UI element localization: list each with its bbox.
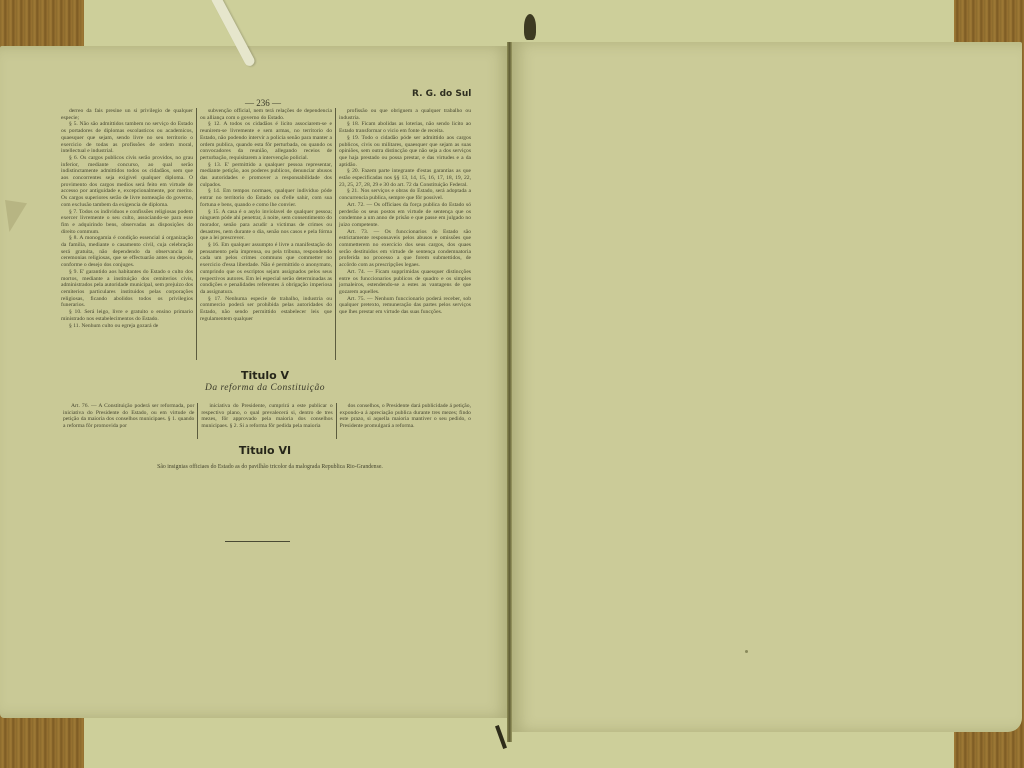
paragraph: Art. 76. — A Constituição poderá ser ref… [63, 403, 194, 430]
paragraph: subvenção official, nem terá relações de… [200, 108, 332, 121]
paragraph: § 7. Todos os individuos e confissões re… [61, 209, 193, 236]
end-rule [225, 541, 290, 542]
paragraph: Art. 72. — Os officiaes da força publica… [339, 202, 471, 229]
book-gutter [507, 42, 512, 742]
paragraph: § 18. Ficam abolidas as loterias, não se… [339, 121, 471, 134]
titulo-v-column-2: iniciativa do Presidente, cumprirá a est… [197, 403, 335, 439]
right-page-blank [510, 42, 1022, 732]
paragraph: § 12. A todos os cidadãos é licito assoc… [200, 121, 332, 161]
titulo-vi-text: São insignias officiaes do Estado as do … [120, 464, 420, 470]
paragraph: derreo da fais presine un si privilegio … [61, 108, 193, 121]
paper-speck [745, 650, 748, 653]
paragraph: dos conselhos, o Presidente dará publici… [340, 403, 471, 430]
titulo-v-column-1: Art. 76. — A Constituição poderá ser ref… [60, 403, 197, 439]
paragraph: § 10. Será leigo, livre e gratuito o ens… [61, 309, 193, 322]
titulo-v-heading: Titulo V [190, 369, 340, 382]
paragraph: § 9. E' garantido aos habitantes do Esta… [61, 269, 193, 309]
paragraph: § 15. A casa é o asylo inviolavel de qua… [200, 209, 332, 243]
running-head: R. G. do Sul [412, 89, 471, 99]
paragraph: § 8. A monogamia é condição essencial á … [61, 235, 193, 269]
column-2: subvenção official, nem terá relações de… [196, 108, 335, 360]
paragraph: § 6. Os cargos publicos civis serão prov… [61, 155, 193, 209]
paragraph: iniciativa do Presidente, cumprirá a est… [201, 403, 332, 430]
paragraph: Art. 75. — Nenhum funccionario poderá re… [339, 296, 471, 316]
paragraph: § 21. Nos serviços e obras do Estado, se… [339, 188, 471, 201]
paragraph: § 11. Nenhum culto ou egreja gozará de [61, 323, 193, 330]
binding-clip-icon [524, 14, 536, 40]
titulo-v-columns: Art. 76. — A Constituição poderá ser ref… [60, 403, 474, 439]
column-1: derreo da fais presine un si privilegio … [58, 108, 196, 360]
paragraph: § 13. E' permittido a qualquer pessoa re… [200, 162, 332, 189]
paragraph: Art. 73. — Os funccionarios do Estado sã… [339, 229, 471, 269]
column-3: profissão ou que obriguem a qualquer tra… [335, 108, 474, 360]
titulo-v-column-3: dos conselhos, o Presidente dará publici… [336, 403, 474, 439]
paragraph: § 20. Fazem parte integrante d'estas gar… [339, 168, 471, 188]
text-columns: derreo da fais presine un si privilegio … [58, 108, 474, 360]
paragraph: profissão ou que obriguem a qualquer tra… [339, 108, 471, 121]
paragraph: § 5. Não são admittidos tambem no serviç… [61, 121, 193, 155]
paragraph: § 16. Em qualquer assumpto é livre a man… [200, 242, 332, 296]
paragraph: § 17. Nenhuma especie de trabalho, indus… [200, 296, 332, 323]
paragraph: Art. 74. — Ficam supprimidas quaesquer d… [339, 269, 471, 296]
paragraph: § 14. Em tempos normaes, qualquer indivi… [200, 188, 332, 208]
paragraph: § 19. Todo o cidadão póde ser admittido … [339, 135, 471, 169]
titulo-vi-heading: Titulo VI [190, 444, 340, 457]
page-number: — 236 — [245, 98, 281, 108]
titulo-v-subtitle: Da reforma da Constituição [190, 383, 340, 393]
